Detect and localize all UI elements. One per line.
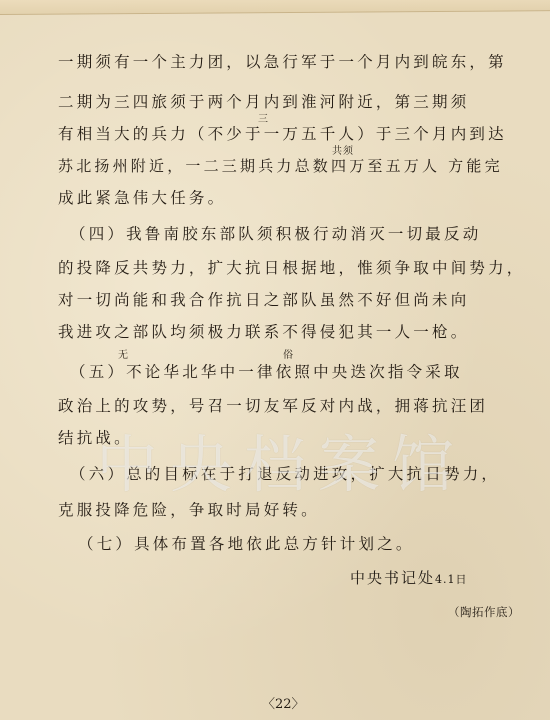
paper-top-fold	[0, 0, 550, 15]
signature-block: 中央书记处4.1日	[350, 567, 468, 588]
annotation-small-three: 三	[258, 110, 269, 125]
text-line-7: 的投降反共势力，扩大抗日根据地，惟须争取中间势力，	[58, 258, 526, 278]
text-line-5: 成此紧急伟大任务。	[58, 188, 226, 208]
signature-name: 中央书记处	[350, 569, 435, 587]
text-line-1: 一期须有一个主力团，以急行军于一个月内到皖东，第	[58, 52, 507, 72]
archival-document-page: 一期须有一个主力团，以急行军于一个月内到皖东，第 二期为三四旅须于两个月内到淮河…	[0, 0, 550, 720]
text-line-section-7: （七）具体布置各地依此总方针计划之。	[78, 534, 415, 554]
text-line-2: 二期为三四旅须于两个月内到淮河附近，第三期须	[58, 92, 469, 112]
text-line-4: 苏北扬州附近，一二三期兵力总数四万至五万人 方能完	[58, 156, 503, 176]
drafter-note: （陶拓作底）	[448, 604, 520, 620]
text-line-section-5: （五）不论华北华中一律依照中央迭次指令采取	[70, 362, 463, 382]
signature-date: 4.1日	[435, 573, 468, 586]
text-line-9: 我进攻之部队均须极力联系不得侵犯其一人一枪。	[58, 322, 469, 342]
archive-watermark: 中央档案馆	[96, 415, 466, 504]
annotation-gongxu: 共须	[332, 142, 354, 157]
page-number: 〈22〉	[262, 693, 305, 712]
text-line-8: 对一切尚能和我合作抗日之部队虽然不好但尚未向	[58, 290, 469, 310]
annotation-wu: 无	[118, 346, 129, 361]
text-line-3: 有相当大的兵力（不少于一万五千人）于三个月内到达	[58, 124, 507, 144]
text-line-section-4: （四）我鲁南胶东部队须积极行动消灭一切最反动	[70, 224, 481, 244]
annotation-su: 俗	[283, 346, 294, 361]
text-line-11: 政治上的攻势，号召一切友军反对内战，拥蒋抗汪团	[58, 396, 488, 416]
